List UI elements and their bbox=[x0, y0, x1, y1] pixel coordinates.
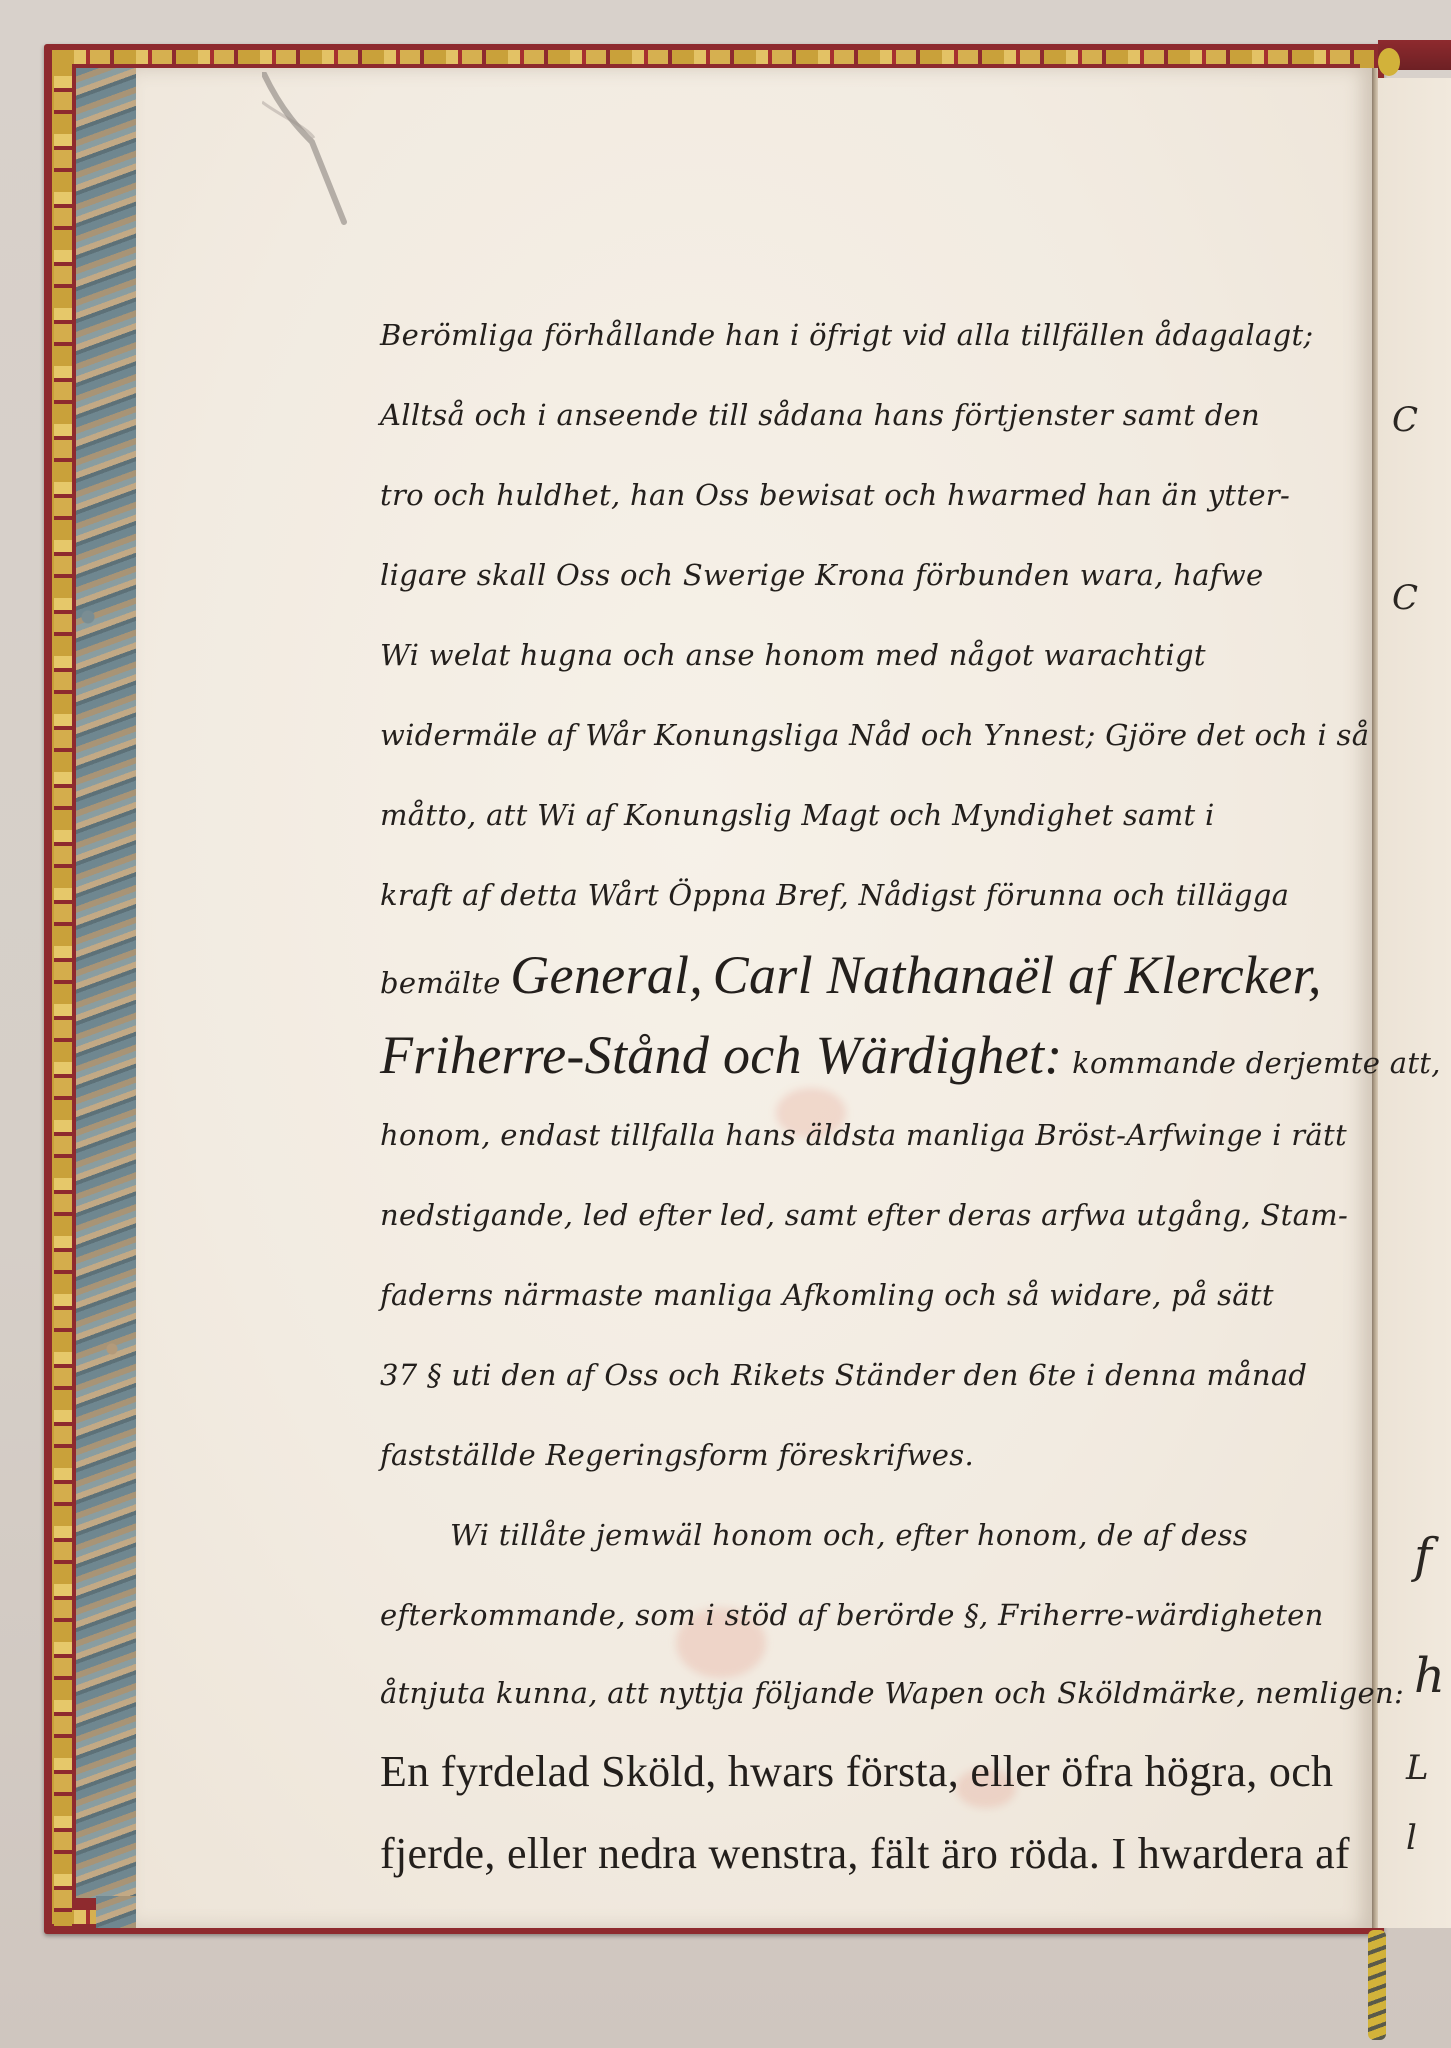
text-line: Wi tillåte jemwäl honom och, efter honom… bbox=[380, 1495, 1300, 1575]
text-line: nedstigande, led efter led, samt efter d… bbox=[380, 1175, 1300, 1255]
facing-page-letter: h bbox=[1414, 1648, 1445, 1704]
text-line: 37 § uti den af Oss och Rikets Ständer d… bbox=[380, 1335, 1300, 1415]
facing-page-letter: l bbox=[1406, 1818, 1417, 1858]
facing-page-letter: L bbox=[1406, 1748, 1429, 1788]
text-fragment: kommande derjemte att, efter bbox=[1072, 1046, 1451, 1080]
silk-tie-top bbox=[1378, 48, 1400, 76]
recipient-title: General, bbox=[510, 945, 703, 1005]
facing-page-edge: C C f h L l bbox=[1378, 78, 1451, 1928]
text-line: fastställde Regeringsform föreskrifwes. bbox=[380, 1415, 1300, 1495]
facing-page-letter: C bbox=[1392, 400, 1418, 440]
blazon-line: En fyrdelad Sköld, hwars första, eller ö… bbox=[380, 1731, 1300, 1813]
text-line: åtnjuta kunna, att nyttja följande Wapen… bbox=[380, 1655, 1300, 1731]
text-line: Berömliga förhållande han i öfrigt vid a… bbox=[380, 295, 1300, 375]
pencil-mark bbox=[262, 72, 352, 232]
rank-title: Friherre-Stånd och Wärdighet: bbox=[380, 1025, 1063, 1085]
text-line: Alltså och i anseende till sådana hans f… bbox=[380, 375, 1300, 455]
gilt-border-left bbox=[54, 56, 72, 1926]
rank-line: Friherre-Stånd och Wärdighet: kommande d… bbox=[380, 1015, 1300, 1095]
manuscript-text: Berömliga förhållande han i öfrigt vid a… bbox=[380, 295, 1300, 1895]
recipient-name: Carl Nathanaël af Klercker bbox=[713, 945, 1308, 1005]
text-line: ligare skall Oss och Swerige Krona förbu… bbox=[380, 535, 1300, 615]
text-fragment: bemälte bbox=[380, 966, 501, 1000]
facing-page-letter: C bbox=[1392, 578, 1418, 618]
marbled-endpaper-left bbox=[76, 68, 136, 1898]
text-line: widermäle af Wår Konungsliga Nåd och Ynn… bbox=[380, 695, 1300, 775]
recipient-line: bemälte General, Carl Nathanaël af Klerc… bbox=[380, 935, 1300, 1015]
facing-page-letter: f bbox=[1414, 1528, 1432, 1584]
blazon-line: fjerde, eller nedra wenstra, fält äro rö… bbox=[380, 1813, 1300, 1895]
text-line: faderns närmaste manliga Afkomling och s… bbox=[380, 1255, 1300, 1335]
text-line: efterkommande, som i stöd af berörde §, … bbox=[380, 1575, 1300, 1655]
recipient-trailing: , bbox=[1308, 945, 1322, 1005]
text-line: kraft af detta Wårt Öppna Bref, Nådigst … bbox=[380, 855, 1300, 935]
text-line: Wi welat hugna och anse honom med något … bbox=[380, 615, 1300, 695]
silk-tie-bottom bbox=[1368, 1930, 1386, 2040]
text-line: tro och huldhet, han Oss bewisat och hwa… bbox=[380, 455, 1300, 535]
text-line: måtto, att Wi af Konungslig Magt och Myn… bbox=[380, 775, 1300, 855]
text-line: honom, endast tillfalla hans äldsta manl… bbox=[380, 1095, 1300, 1175]
